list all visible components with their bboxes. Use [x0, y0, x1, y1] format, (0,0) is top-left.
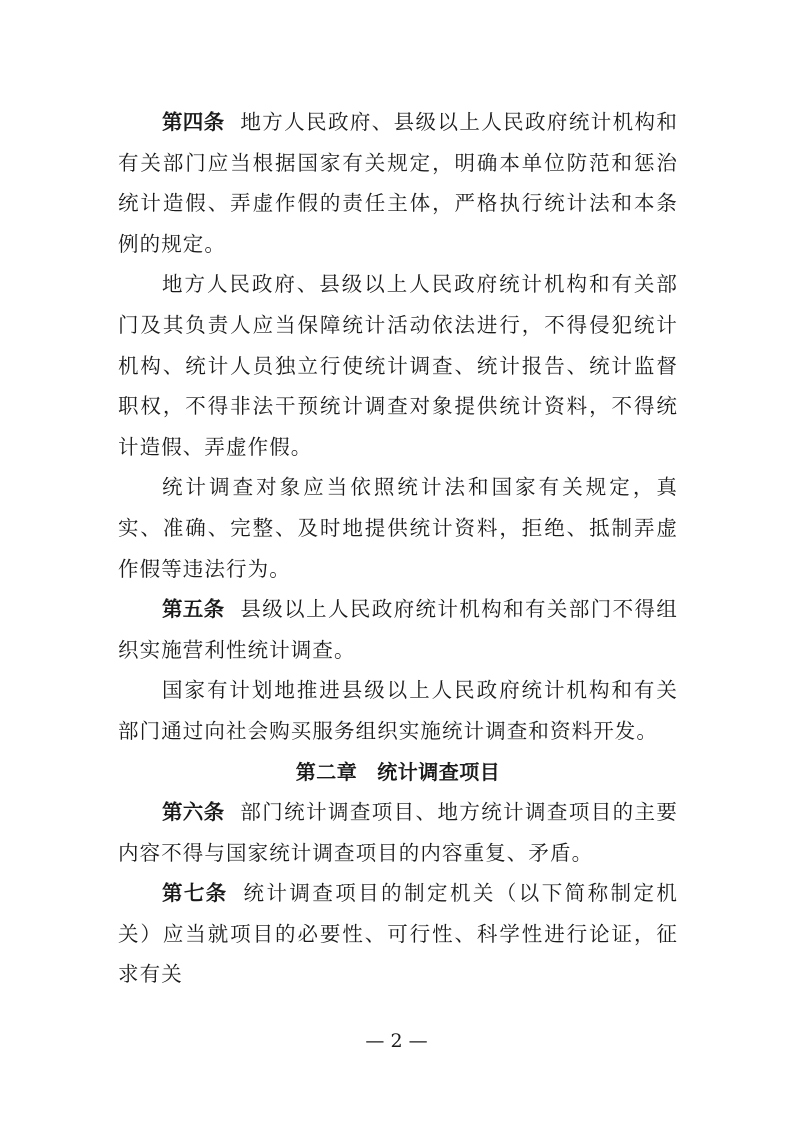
article-4-paragraph-3: 统计调查对象应当依照统计法和国家有关规定，真实、准确、完整、及时地提供统计资料，…	[118, 467, 678, 589]
article-number: 第五条	[162, 597, 224, 621]
paragraph-text: 统计调查对象应当依照统计法和国家有关规定，真实、准确、完整、及时地提供统计资料，…	[118, 475, 678, 580]
article-5-paragraph-1: 第五条县级以上人民政府统计机构和有关部门不得组织实施营利性统计调查。	[118, 589, 678, 670]
chapter-heading: 第二章统计调查项目	[118, 752, 678, 793]
article-4-paragraph-1: 第四条地方人民政府、县级以上人民政府统计机构和有关部门应当根据国家有关规定，明确…	[118, 102, 678, 264]
article-number: 第四条	[162, 110, 224, 134]
article-4-paragraph-2: 地方人民政府、县级以上人民政府统计机构和有关部门及其负责人应当保障统计活动依法进…	[118, 264, 678, 467]
document-page: 第四条地方人民政府、县级以上人民政府统计机构和有关部门应当根据国家有关规定，明确…	[0, 0, 793, 1122]
chapter-number: 第二章	[296, 760, 358, 784]
article-number: 第七条	[162, 881, 228, 905]
paragraph-text: 地方人民政府、县级以上人民政府统计机构和有关部门及其负责人应当保障统计活动依法进…	[118, 272, 678, 458]
paragraph-text: 国家有计划地推进县级以上人民政府统计机构和有关部门通过向社会购买服务组织实施统计…	[118, 678, 678, 743]
article-6-paragraph-1: 第六条部门统计调查项目、地方统计调查项目的主要内容不得与国家统计调查项目的内容重…	[118, 792, 678, 873]
page-number: — 2 —	[0, 1030, 793, 1052]
chapter-title: 统计调查项目	[377, 760, 500, 784]
article-number: 第六条	[162, 800, 224, 824]
article-7-paragraph-1: 第七条统计调查项目的制定机关（以下简称制定机关）应当就项目的必要性、可行性、科学…	[118, 873, 678, 995]
document-body: 第四条地方人民政府、县级以上人民政府统计机构和有关部门应当根据国家有关规定，明确…	[118, 102, 678, 995]
article-5-paragraph-2: 国家有计划地推进县级以上人民政府统计机构和有关部门通过向社会购买服务组织实施统计…	[118, 670, 678, 751]
